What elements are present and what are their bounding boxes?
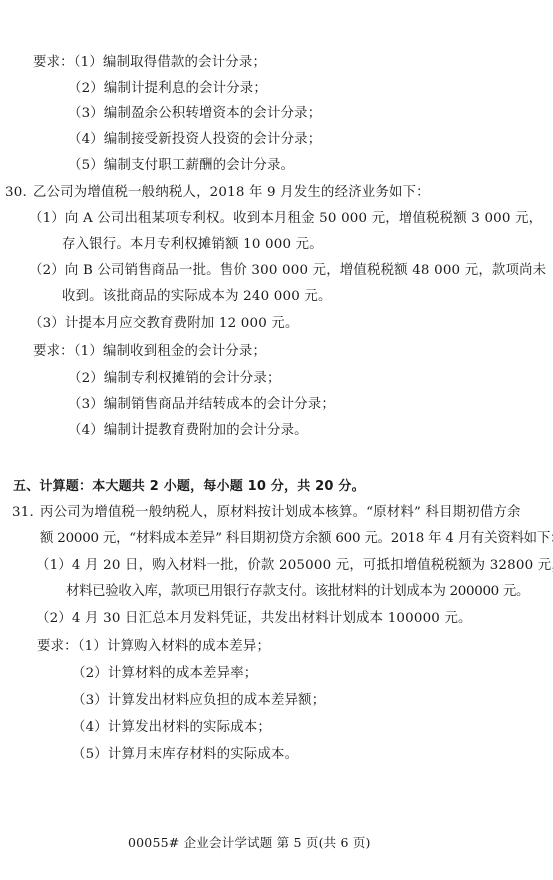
page-footer: 00055# 企业会计学试题 第 5 页(共 6 页) — [128, 834, 371, 852]
requirement-item: （3）编制销售商品并结转成本的会计分录； — [68, 396, 335, 414]
q31-requirements-first: 要求：（1）计算购入材料的成本差异； — [37, 638, 270, 656]
question-number: 31. — [12, 504, 40, 522]
fact-line: 存入银行。本月专利权摊销额 10 000 元。 — [62, 236, 323, 254]
requirement-item: （1）编制收到租金的会计分录； — [74, 344, 266, 359]
fact-line: （1）向 A 公司出租某项专利权。收到本月租金 50 000 元，增值税税额 3… — [29, 210, 542, 228]
fact-line: （3）计提本月应交教育费附加 12 000 元。 — [29, 315, 299, 333]
fact-line: （2）4 月 30 日汇总本月发料凭证，共发出材料计划成本 100000 元。 — [36, 610, 472, 628]
section-heading: 五、计算题：本大题共 2 小题，每小题 10 分，共 20 分。 — [13, 478, 365, 496]
requirement-item: （3）编制盈余公积转增资本的会计分录； — [68, 105, 321, 123]
requirement-item: （2）编制计提利息的会计分录； — [68, 80, 267, 98]
fact-line: 材料已验收入库，款项已用银行存款支付。该批材料的计划成本为 200000 元。 — [66, 583, 529, 601]
requirement-item: （5）计算月末库存材料的实际成本。 — [72, 746, 298, 764]
requirement-item: （2）计算材料的成本差异率； — [72, 665, 257, 683]
fact-line: （2）向 B 公司销售商品一批。售价 300 000 元，增值税税额 48 00… — [29, 262, 546, 280]
requirement-item: （3）计算发出材料应负担的成本差异额； — [72, 692, 325, 710]
question-30-stem: 30.乙公司为增值税一般纳税人，2018 年 9 月发生的经济业务如下： — [5, 184, 430, 202]
requirement-item: （4）编制计提教育费附加的会计分录。 — [68, 422, 308, 440]
requirements-label: 要求： — [37, 639, 78, 654]
requirement-item: （1）编制取得借款的会计分录； — [74, 55, 266, 70]
requirements-label: 要求： — [33, 55, 74, 70]
fact-line: （1）4 月 20 日，购入材料一批，价款 205000 元，可抵扣增值税税额为… — [36, 557, 553, 575]
requirement-item: （5）编制支付职工薪酬的会计分录。 — [68, 157, 294, 175]
requirements-label: 要求： — [33, 344, 74, 359]
prev-requirements-label: 要求：（1）编制取得借款的会计分录； — [33, 54, 266, 72]
question-number: 30. — [5, 184, 33, 202]
fact-line: 收到。该批商品的实际成本为 240 000 元。 — [62, 288, 332, 306]
requirement-item: （2）编制专利权摊销的会计分录； — [68, 370, 281, 388]
requirement-item: （4）编制接受新投资人投资的会计分录； — [68, 131, 321, 149]
requirement-item: （1）计算购入材料的成本差异； — [78, 639, 270, 654]
question-stem-cont: 额 20000 元，“材料成本差异” 科目期初贷方余额 600 元。2018 年… — [40, 530, 553, 548]
requirement-item: （4）计算发出材料的实际成本； — [72, 719, 271, 737]
q30-requirements-first: 要求：（1）编制收到租金的会计分录； — [33, 343, 266, 361]
question-31-stem: 31.丙公司为增值税一般纳税人，原材料按计划成本核算。“原材料” 科目期初借方余 — [12, 504, 521, 522]
question-stem: 丙公司为增值税一般纳税人，原材料按计划成本核算。“原材料” 科目期初借方余 — [40, 505, 521, 520]
question-stem: 乙公司为增值税一般纳税人，2018 年 9 月发生的经济业务如下： — [33, 185, 430, 200]
